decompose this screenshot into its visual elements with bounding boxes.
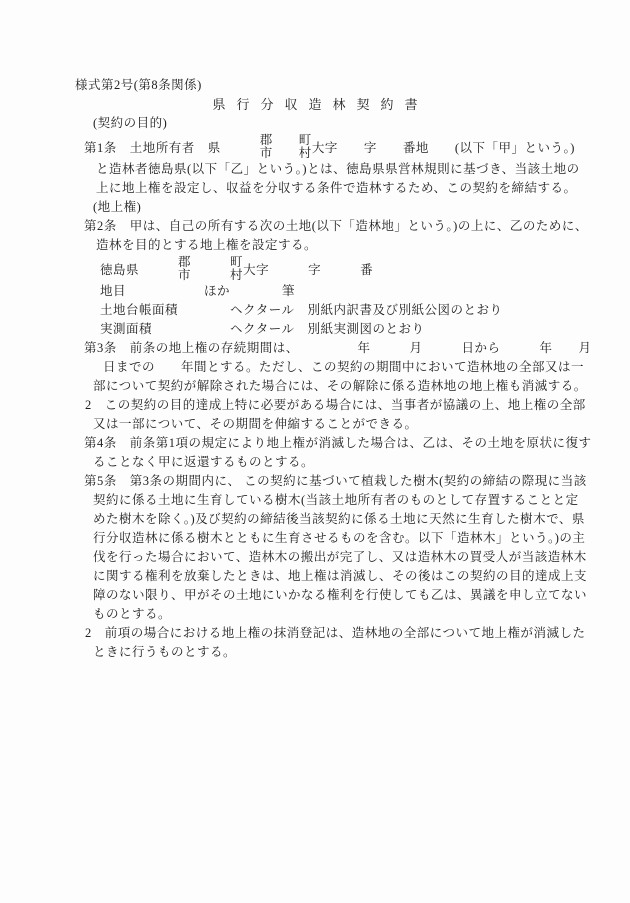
document-page: 様式第2号(第8条関係) 県行分収造林契約書 (契約の目的) 第1条 土地所有者… [0,0,630,903]
article-2-location-row: 徳島県 郡 市 町 村 大字 字 番 [100,255,630,282]
article-3-line-1: 第3条 前条の地上権の存続期間は、 年 月 日から 年 月 [84,339,630,358]
town-label: 町 [230,256,243,269]
article-2-line-2: 造林を目的とする地上権を設定する。 [96,236,630,255]
registered-area-row: 土地台帳面積 ヘクタール 別紙内訳書及び別紙公図のとおり [100,301,630,320]
article-2-line-1: 第2条 甲は、自己の所有する次の土地(以下「造林地」という。)の上に、乙のために… [84,217,630,236]
article-1-line-2: と造林者徳島県(以下「乙」という。)とは、徳島県県営林規則に基づき、当該土地の [96,160,630,179]
district-label: 郡 [178,256,191,269]
article-5-line-7: 障のない限り、甲がその土地にいかなる権利を行使しても乙は、異議を申し立てない [93,586,630,605]
article-5-line-4: 行分収造林に係る樹木とともに生育させるものを含む。以下「造林木」という。)の主 [93,529,630,548]
document-title: 県行分収造林契約書 [0,95,630,114]
location-suffix: 大字 字 番 [243,260,373,278]
town-village-stack: 町 村 [299,134,312,160]
location-prefecture: 徳島県 [100,260,178,278]
article-5-line-1: 第5条 第3条の期間内に、 この契約に基づいて植栽した樹木(契約の締結の際現に当… [84,472,630,491]
article-5-line-2: 契約に係る土地に生育している樹木(当該土地所有者のものとして存置することと定 [93,491,630,510]
town-label: 町 [299,134,312,147]
article-3-item-2-line-2: 又は一部について、その期間を伸縮することができる。 [93,415,630,434]
article-4-line-1: 第4条 前条第1項の規定により地上権が消滅した場合は、乙は、その土地を原状に復す [84,434,630,453]
article-1-line-1: 第1条 土地所有者 県 郡 市 町 村 大字 字 番地 (以下「甲」という。) [84,133,630,160]
article-1-stack-gap [273,138,299,156]
article-1-landowner-prefix: 第1条 土地所有者 県 [84,138,260,156]
city-label: 市 [260,147,273,160]
article-4-line-2: ることなく甲に返還するものとする。 [93,453,630,472]
village-label: 村 [230,269,243,282]
heading-superficies: (地上権) [93,198,630,217]
article-1-landowner-suffix: 大字 字 番地 (以下「甲」という。) [312,138,575,156]
article-5-item-2-line-1: 2 前項の場合における地上権の抹消登記は、造林地の全部について地上権が消滅した [85,624,630,643]
article-3-line-3: 部について契約が解除された場合には、その解除に係る造林地の地上権も消滅する。 [93,377,630,396]
article-5-line-6: に関する権利を放棄したときは、地上権は消滅し、その後はこの契約の目的達成上支 [93,567,630,586]
article-1-line-3: 上に地上権を設定し、収益を分収する条件で造林するため、この契約を締結する。 [96,179,630,198]
form-number: 様式第2号(第8条関係) [75,76,630,95]
measured-area-row: 実測面積 ヘクタール 別紙実測図のとおり [100,320,630,339]
article-5-item-2-line-2: ときに行うものとする。 [93,643,630,662]
district-city-stack: 郡 市 [260,134,273,160]
location-stack-gap [191,260,230,278]
village-label: 村 [299,147,312,160]
land-category-row: 地目 ほか 筆 [100,282,630,301]
article-3-line-2: 日までの 年間とする。ただし、この契約の期間中において造林地の全部又は一 [103,358,630,377]
heading-contract-purpose: (契約の目的) [93,114,630,133]
article-5-line-8: ものとする。 [93,605,630,624]
article-3-item-2-line-1: 2 この契約の目的達成上特に必要がある場合には、当事者が協議の上、地上権の全部 [85,396,630,415]
town-village-stack: 町 村 [230,256,243,282]
district-label: 郡 [260,134,273,147]
article-5-line-5: 伐を行った場合において、造林木の搬出が完了し、又は造林木の買受人が当該造林木 [93,548,630,567]
city-label: 市 [178,269,191,282]
district-city-stack: 郡 市 [178,256,191,282]
article-5-line-3: めた樹木を除く。)及び契約の締結後当該契約に係る土地に天然に生育した樹木で、県 [93,510,630,529]
